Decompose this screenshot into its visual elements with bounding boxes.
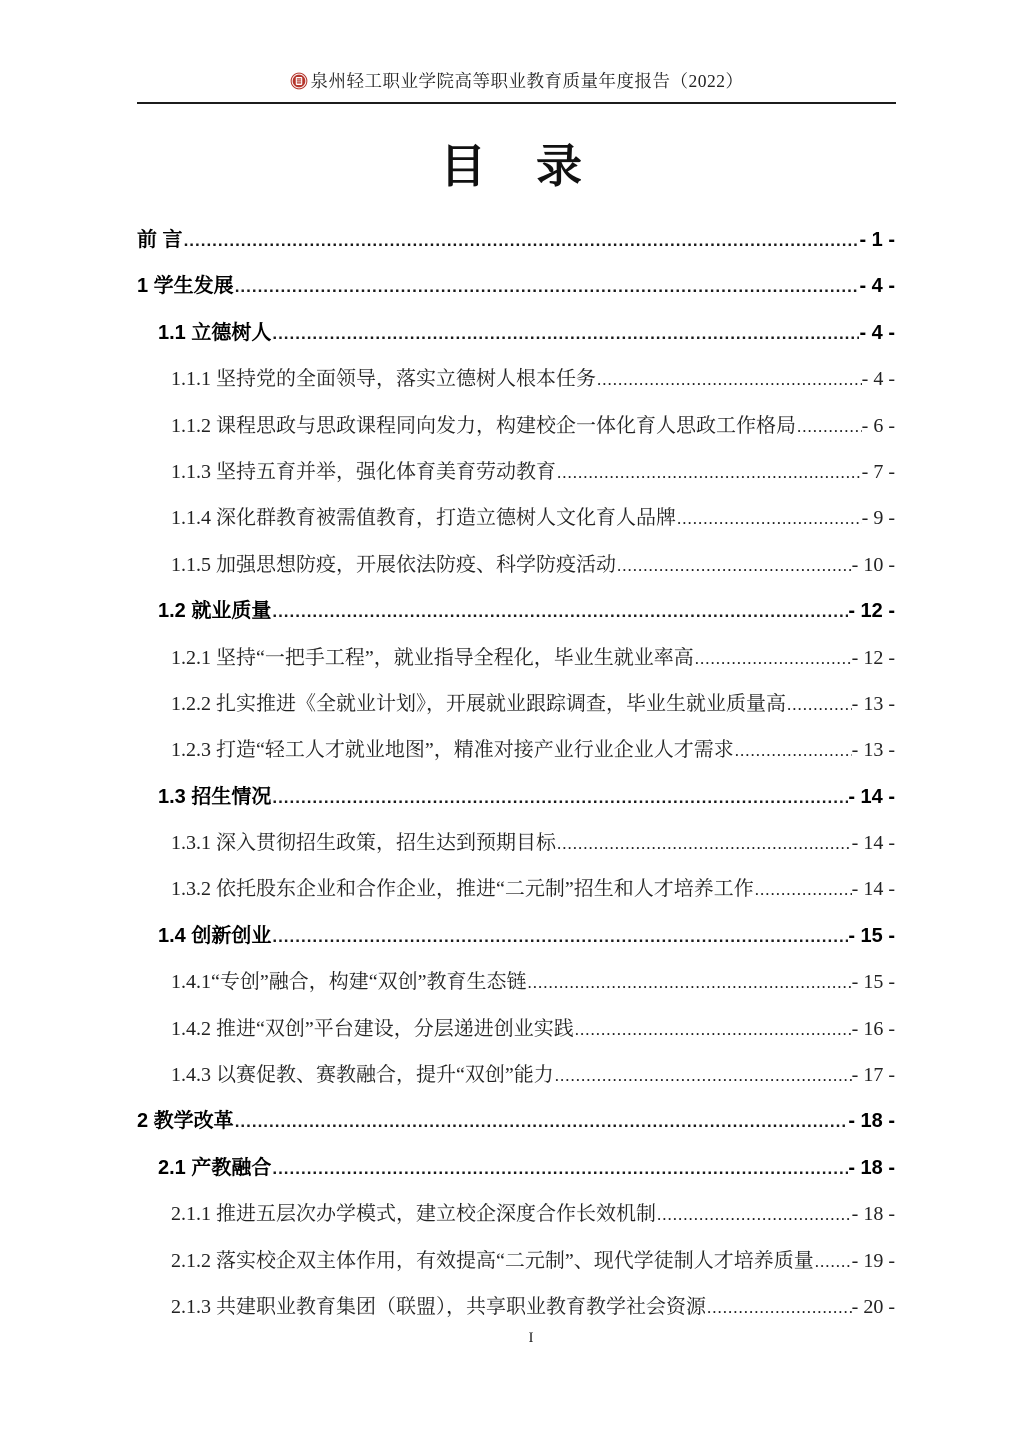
- toc-entry-label: 1.1.1 坚持党的全面领导，落实立德树人根本任务: [171, 356, 596, 402]
- toc-page-number: - 7 -: [862, 449, 895, 495]
- dot-leader: ........................................…: [796, 404, 862, 449]
- dot-leader: ........................................…: [694, 636, 852, 681]
- toc-entry: 1.3 招生情况................................…: [137, 774, 895, 820]
- toc-entry-label: 1.1.5 加强思想防疫，开展依法防疫、科学防疫活动: [171, 542, 616, 588]
- dot-leader: ........................................…: [676, 496, 862, 541]
- toc-entry: 1.2.3 打造“轻工人才就业地图”，精准对接产业行业企业人才需求.......…: [137, 727, 895, 773]
- dot-leader: ........................................…: [271, 1146, 848, 1191]
- toc-entry-label: 1.2.2 扎实推进《全就业计划》，开展就业跟踪调查，毕业生就业质量高: [171, 681, 786, 727]
- toc-entry-label: 1.4 创新创业: [158, 913, 271, 959]
- dot-leader: ........................................…: [574, 1007, 852, 1052]
- toc-page-number: - 10 -: [852, 542, 895, 588]
- toc-entry: 前 言.....................................…: [137, 217, 895, 263]
- toc-entry-label: 1.1.3 坚持五育并举，强化体育美育劳动教育: [171, 449, 556, 495]
- document-page: 泉州轻工职业学院高等职业教育质量年度报告（2022） 目 录 前 言......…: [0, 0, 1024, 1447]
- toc-entry: 1 学生发展..................................…: [137, 263, 895, 309]
- dot-leader: ........................................…: [556, 450, 862, 495]
- toc-page-number: - 6 -: [862, 403, 895, 449]
- toc-entry-label: 1.3.2 依托股东企业和合作企业，推进“二元制”招生和人才培养工作: [171, 866, 754, 912]
- footer-page-number: I: [529, 1330, 534, 1347]
- toc-page-number: - 18 -: [848, 1145, 895, 1191]
- dot-leader: ........................................…: [616, 543, 852, 588]
- toc-page-number: - 15 -: [848, 913, 895, 959]
- dot-leader: ........................................…: [271, 914, 848, 959]
- toc-page-number: - 9 -: [862, 495, 895, 541]
- toc-entry-label: 1.1.4 深化群教育被需值教育，打造立德树人文化育人品牌: [171, 495, 676, 541]
- toc-page-number: - 13 -: [852, 681, 895, 727]
- toc-page-number: - 16 -: [852, 1006, 895, 1052]
- toc-entry-label: 前 言: [137, 217, 183, 263]
- dot-leader: ........................................…: [814, 1239, 852, 1284]
- toc-entry: 1.4.1“专创”融合，构建“双创”教育生态链.................…: [137, 959, 895, 1005]
- toc-entry: 1.1.2 课程思政与思政课程同向发力，构建校企一体化育人思政工作格局.....…: [137, 403, 895, 449]
- dot-leader: ........................................…: [656, 1192, 852, 1237]
- dot-leader: ........................................…: [271, 311, 859, 356]
- toc-page-number: - 20 -: [852, 1284, 895, 1330]
- toc-page-number: - 14 -: [848, 774, 895, 820]
- running-header: 泉州轻工职业学院高等职业教育质量年度报告（2022）: [137, 68, 896, 104]
- toc-entry: 2.1 产教融合................................…: [137, 1145, 895, 1191]
- toc-entry: 1.1.1 坚持党的全面领导，落实立德树人根本任务...............…: [137, 356, 895, 402]
- toc-entry: 1.2.1 坚持“一把手工程”，就业指导全程化，毕业生就业率高.........…: [137, 635, 895, 681]
- toc-page-number: - 14 -: [852, 820, 895, 866]
- toc-entry: 2.1.2 落实校企双主体作用，有效提高“二元制”、现代学徒制人才培养质量...…: [137, 1238, 895, 1284]
- toc-entry-label: 1.2.3 打造“轻工人才就业地图”，精准对接产业行业企业人才需求: [171, 727, 734, 773]
- dot-leader: ........................................…: [554, 1053, 852, 1098]
- toc-entry: 1.2.2 扎实推进《全就业计划》，开展就业跟踪调查，毕业生就业质量高.....…: [137, 681, 895, 727]
- toc-entry: 1.1.4 深化群教育被需值教育，打造立德树人文化育人品牌...........…: [137, 495, 895, 541]
- toc-entry-label: 2.1 产教融合: [158, 1145, 271, 1191]
- dot-leader: ........................................…: [556, 821, 852, 866]
- toc-entry: 1.4 创新创业................................…: [137, 913, 895, 959]
- toc-page-number: - 1 -: [859, 217, 895, 263]
- toc-page-number: - 4 -: [859, 263, 895, 309]
- toc-entry: 1.1 立德树人................................…: [137, 310, 895, 356]
- toc-entry: 1.1.5 加强思想防疫，开展依法防疫、科学防疫活动..............…: [137, 542, 895, 588]
- toc-entry: 1.4.3 以赛促教、赛教融合，提升“双创”能力................…: [137, 1052, 895, 1098]
- dot-leader: ........................................…: [271, 775, 848, 820]
- toc-entry-label: 2.1.1 推进五层次办学模式，建立校企深度合作长效机制: [171, 1191, 656, 1237]
- toc-entry: 2.1.3 共建职业教育集团（联盟），共享职业教育教学社会资源.........…: [137, 1284, 895, 1330]
- toc-entry: 1.3.1 深入贯彻招生政策，招生达到预期目标.................…: [137, 820, 895, 866]
- toc-page-number: - 12 -: [848, 588, 895, 634]
- toc-entry-label: 1.1.2 课程思政与思政课程同向发力，构建校企一体化育人思政工作格局: [171, 403, 796, 449]
- toc-entry-label: 2.1.3 共建职业教育集团（联盟），共享职业教育教学社会资源: [171, 1284, 706, 1330]
- toc-entry: 2.1.1 推进五层次办学模式，建立校企深度合作长效机制............…: [137, 1191, 895, 1237]
- dot-leader: ........................................…: [786, 682, 852, 727]
- toc-entry: 1.2 就业质量................................…: [137, 588, 895, 634]
- table-of-contents: 前 言.....................................…: [137, 217, 895, 1330]
- page-title: 目 录: [0, 130, 1024, 196]
- dot-leader: ........................................…: [527, 960, 852, 1005]
- dot-leader: ........................................…: [271, 589, 848, 634]
- toc-entry-label: 1.1 立德树人: [158, 310, 271, 356]
- toc-page-number: - 4 -: [862, 356, 895, 402]
- toc-page-number: - 18 -: [848, 1098, 895, 1144]
- toc-entry: 2 教学改革..................................…: [137, 1098, 895, 1144]
- dot-leader: ........................................…: [706, 1285, 852, 1330]
- toc-entry-label: 1.2 就业质量: [158, 588, 271, 634]
- toc-entry-label: 1.3 招生情况: [158, 774, 271, 820]
- header-title: 泉州轻工职业学院高等职业教育质量年度报告（2022）: [311, 68, 744, 93]
- toc-page-number: - 14 -: [852, 866, 895, 912]
- toc-entry-label: 2 教学改革: [137, 1098, 234, 1144]
- toc-page-number: - 18 -: [852, 1191, 895, 1237]
- dot-leader: ........................................…: [754, 867, 852, 912]
- toc-entry-label: 1.4.1“专创”融合，构建“双创”教育生态链: [171, 959, 527, 1005]
- dot-leader: ........................................…: [234, 264, 860, 309]
- toc-entry-label: 2.1.2 落实校企双主体作用，有效提高“二元制”、现代学徒制人才培养质量: [171, 1238, 814, 1284]
- toc-entry-label: 1.4.2 推进“双创”平台建设，分层递进创业实践: [171, 1006, 574, 1052]
- toc-entry-label: 1.2.1 坚持“一把手工程”，就业指导全程化，毕业生就业率高: [171, 635, 694, 681]
- toc-page-number: - 12 -: [852, 635, 895, 681]
- dot-leader: ........................................…: [234, 1099, 849, 1144]
- dot-leader: ........................................…: [596, 357, 862, 402]
- school-seal-icon: [290, 72, 308, 90]
- toc-page-number: - 13 -: [852, 727, 895, 773]
- toc-entry-label: 1 学生发展: [137, 263, 234, 309]
- dot-leader: ........................................…: [734, 728, 852, 773]
- toc-page-number: - 19 -: [852, 1238, 895, 1284]
- toc-entry: 1.1.3 坚持五育并举，强化体育美育劳动教育.................…: [137, 449, 895, 495]
- toc-page-number: - 4 -: [859, 310, 895, 356]
- toc-entry: 1.3.2 依托股东企业和合作企业，推进“二元制”招生和人才培养工作......…: [137, 866, 895, 912]
- toc-entry: 1.4.2 推进“双创”平台建设，分层递进创业实践...............…: [137, 1006, 895, 1052]
- dot-leader: ........................................…: [183, 218, 860, 263]
- toc-page-number: - 17 -: [852, 1052, 895, 1098]
- toc-page-number: - 15 -: [852, 959, 895, 1005]
- toc-entry-label: 1.4.3 以赛促教、赛教融合，提升“双创”能力: [171, 1052, 554, 1098]
- toc-entry-label: 1.3.1 深入贯彻招生政策，招生达到预期目标: [171, 820, 556, 866]
